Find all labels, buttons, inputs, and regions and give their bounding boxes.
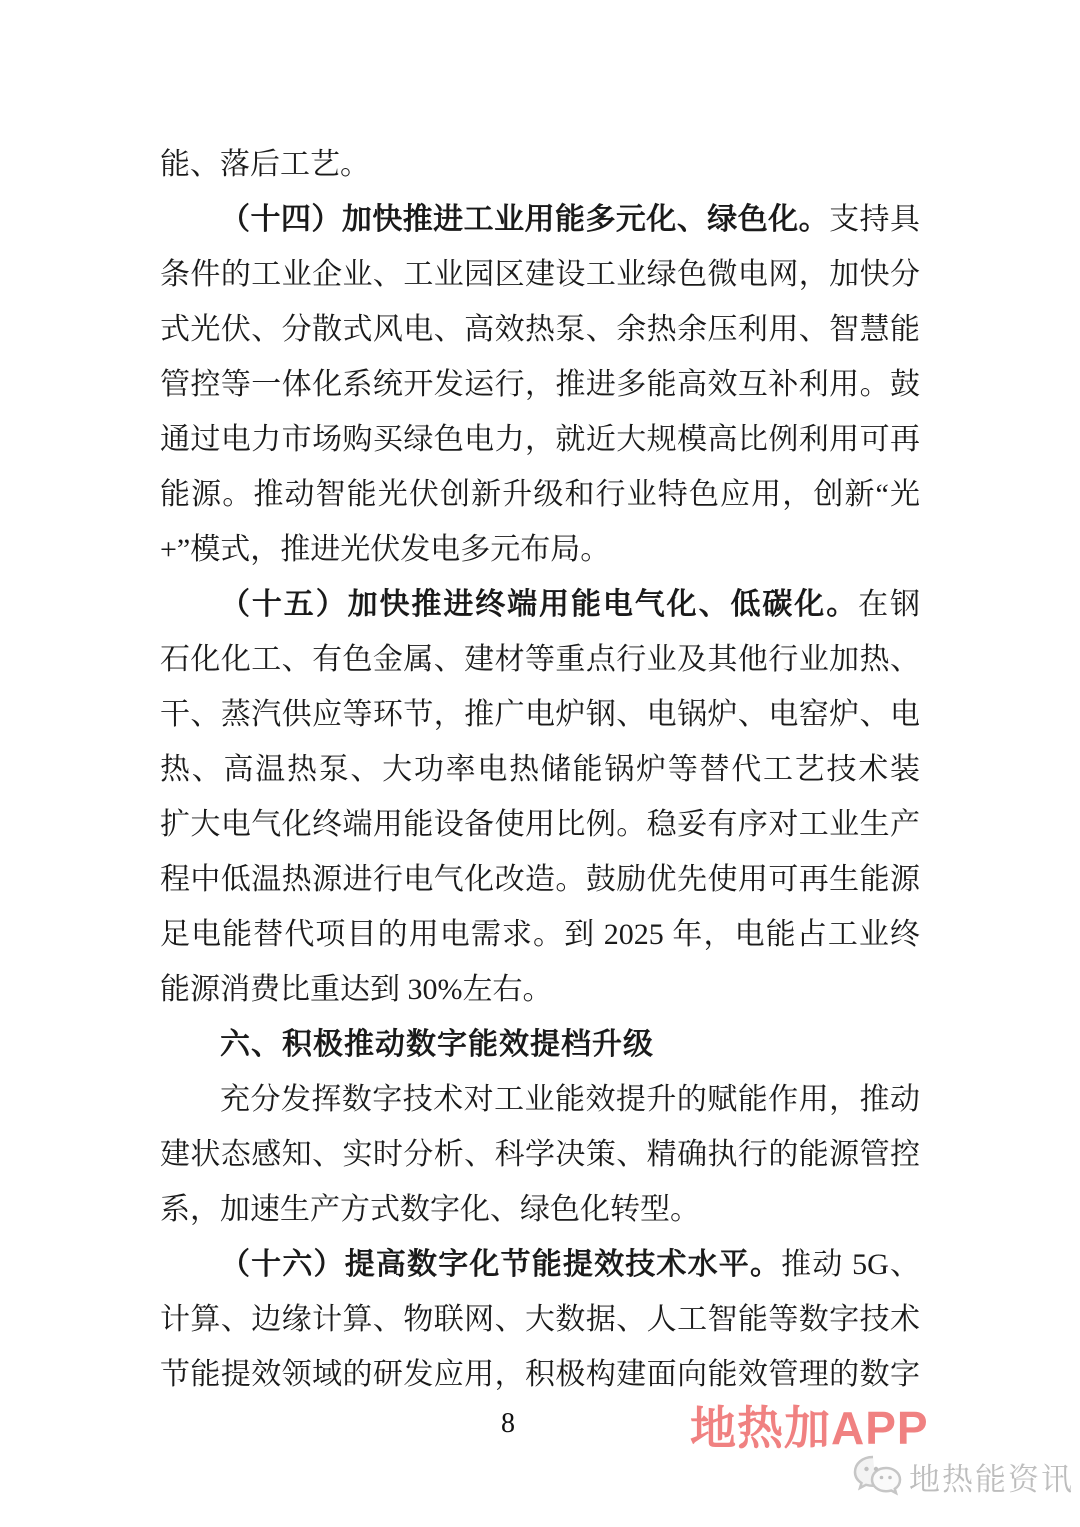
text-line: 能源消费比重达到 30%左右。 — [160, 962, 920, 1017]
text-segment: 条件的工业企业、工业园区建设工业绿色微电网，加快分布 — [160, 258, 920, 302]
text-line: 管控等一体化系统开发运行，推进多能高效互补利用。鼓励 — [160, 357, 920, 412]
text-segment: 能源。推动智能光伏创新升级和行业特色应用，创新“光伏 — [160, 478, 920, 522]
text-line: 热、高温热泵、大功率电热储能锅炉等替代工艺技术装备， — [160, 742, 920, 797]
text-line: （十六）提高数字化节能提效技术水平。推动 5G、云 — [160, 1237, 920, 1292]
text-segment: 计算、边缘计算、物联网、大数据、人工智能等数字技术在 — [160, 1303, 920, 1347]
document-page: 能、落后工艺。（十四）加快推进工业用能多元化、绿色化。支持具备条件的工业企业、工… — [0, 0, 1080, 1527]
brand-watermark: 地热加APP — [690, 1402, 929, 1454]
text-segment: 系，加速生产方式数字化、绿色化转型。 — [160, 1193, 700, 1226]
text-line: 节能提效领域的研发应用，积极构建面向能效管理的数字孪 — [160, 1347, 920, 1402]
text-segment: 能源消费比重达到 30%左右。 — [160, 973, 553, 1006]
text-segment: 程中低温热源进行电气化改造。鼓励优先使用可再生能源满 — [160, 863, 920, 907]
text-segment: 能、落后工艺。 — [160, 148, 370, 181]
bold-text-segment: （十五）加快推进终端用能电气化、低碳化。 — [220, 588, 858, 621]
channel-watermark-label: 地热能资讯 — [909, 1454, 1074, 1499]
text-line: 程中低温热源进行电气化改造。鼓励优先使用可再生能源满 — [160, 852, 920, 907]
text-line: 石化化工、有色金属、建材等重点行业及其他行业加热、烘 — [160, 632, 920, 687]
text-line: 足电能替代项目的用电需求。到 2025 年，电能占工业终端 — [160, 907, 920, 962]
text-line: 干、蒸汽供应等环节，推广电炉钢、电锅炉、电窑炉、电加 — [160, 687, 920, 742]
text-segment: 充分发挥数字技术对工业能效提升的赋能作用，推动构 — [160, 1083, 920, 1127]
text-segment: 干、蒸汽供应等环节，推广电炉钢、电锅炉、电窑炉、电加 — [160, 698, 920, 742]
text-line: 条件的工业企业、工业园区建设工业绿色微电网，加快分布 — [160, 247, 920, 302]
text-segment: 式光伏、分散式风电、高效热泵、余热余压利用、智慧能源 — [160, 313, 920, 357]
text-segment: 足电能替代项目的用电需求。到 2025 年，电能占工业终端 — [160, 918, 920, 962]
text-segment: +”模式，推进光伏发电多元布局。 — [160, 533, 610, 566]
bold-text-segment: （十四）加快推进工业用能多元化、绿色化。 — [220, 203, 829, 236]
text-line: 通过电力市场购买绿色电力，就近大规模高比例利用可再生 — [160, 412, 920, 467]
text-line: 能、落后工艺。 — [160, 137, 920, 192]
text-segment: 建状态感知、实时分析、科学决策、精确执行的能源管控体 — [160, 1138, 920, 1182]
text-line: 计算、边缘计算、物联网、大数据、人工智能等数字技术在 — [160, 1292, 920, 1347]
text-segment: 管控等一体化系统开发运行，推进多能高效互补利用。鼓励 — [160, 368, 920, 412]
text-line: 充分发挥数字技术对工业能效提升的赋能作用，推动构 — [160, 1072, 920, 1127]
text-line: （十四）加快推进工业用能多元化、绿色化。支持具备 — [160, 192, 920, 247]
text-segment: 节能提效领域的研发应用，积极构建面向能效管理的数字孪 — [160, 1358, 920, 1402]
text-line: 扩大电气化终端用能设备使用比例。稳妥有序对工业生产过 — [160, 797, 920, 852]
text-segment: 热、高温热泵、大功率电热储能锅炉等替代工艺技术装备， — [160, 753, 920, 797]
document-body: 能、落后工艺。（十四）加快推进工业用能多元化、绿色化。支持具备条件的工业企业、工… — [160, 137, 920, 1402]
text-line: 六、积极推动数字能效提档升级 — [160, 1017, 920, 1072]
page-number: 8 — [493, 1408, 523, 1440]
channel-watermark: 地热能资讯 — [853, 1452, 1074, 1500]
bold-text-segment: （十六）提高数字化节能提效技术水平。 — [220, 1248, 781, 1281]
text-segment: 石化化工、有色金属、建材等重点行业及其他行业加热、烘 — [160, 643, 920, 687]
text-line: 能源。推动智能光伏创新升级和行业特色应用，创新“光伏 — [160, 467, 920, 522]
text-segment: 扩大电气化终端用能设备使用比例。稳妥有序对工业生产过 — [160, 808, 920, 852]
wechat-logo-icon — [853, 1454, 903, 1498]
text-segment: 通过电力市场购买绿色电力，就近大规模高比例利用可再生 — [160, 423, 920, 467]
bold-text-segment: 六、积极推动数字能效提档升级 — [220, 1028, 654, 1061]
text-line: +”模式，推进光伏发电多元布局。 — [160, 522, 920, 577]
text-line: 式光伏、分散式风电、高效热泵、余热余压利用、智慧能源 — [160, 302, 920, 357]
text-line: （十五）加快推进终端用能电气化、低碳化。在钢铁、 — [160, 577, 920, 632]
text-line: 建状态感知、实时分析、科学决策、精确执行的能源管控体 — [160, 1127, 920, 1182]
text-line: 系，加速生产方式数字化、绿色化转型。 — [160, 1182, 920, 1237]
